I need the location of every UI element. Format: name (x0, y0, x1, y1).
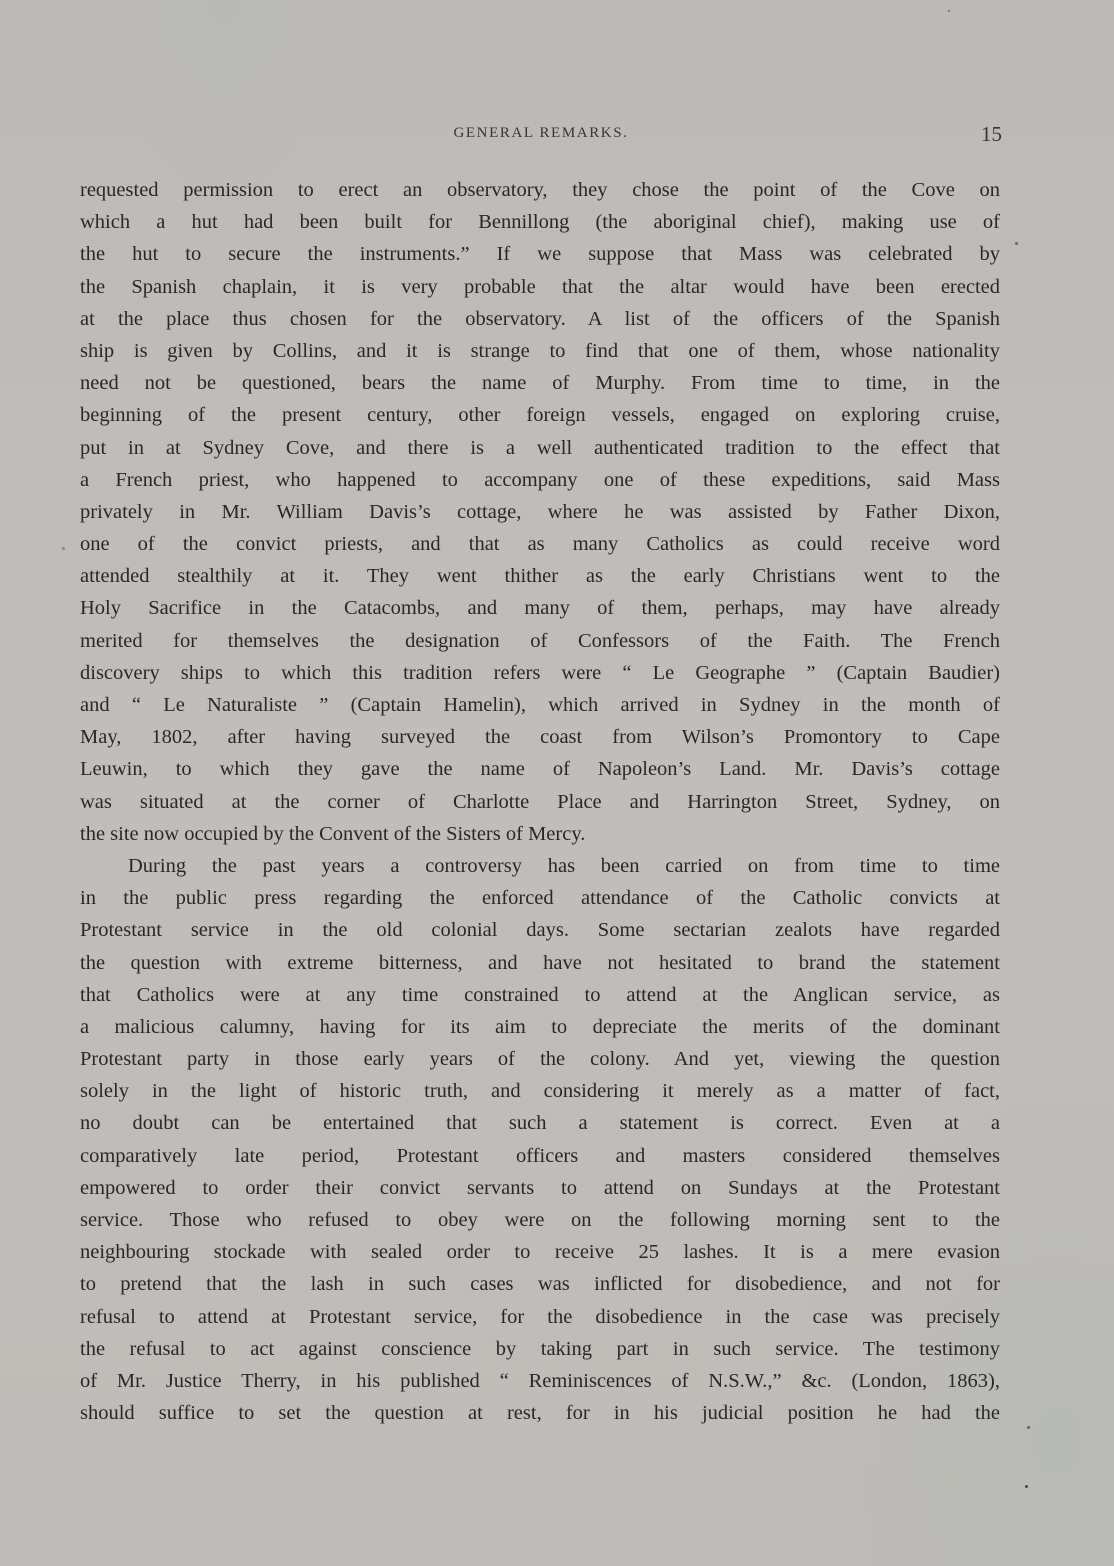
text-line: refusal to attend at Protestant service,… (80, 1301, 1000, 1333)
text-line: requested permission to erect an observa… (80, 174, 1000, 206)
text-line: solely in the light of historic truth, a… (80, 1075, 1000, 1107)
paper-speck (1025, 1485, 1028, 1488)
text-line: to pretend that the lash in such cases w… (80, 1268, 1000, 1300)
text-line: of Mr. Justice Therry, in his published … (80, 1365, 1000, 1397)
text-line: one of the convict priests, and that as … (80, 528, 1000, 560)
text-line: the question with extreme bitterness, an… (80, 947, 1000, 979)
text-line: May, 1802, after having surveyed the coa… (80, 721, 1000, 753)
text-line: Leuwin, to which they gave the name of N… (80, 753, 1000, 785)
text-line: the refusal to act against conscience by… (80, 1333, 1000, 1365)
paragraph-1: requested permission to erect an observa… (80, 174, 1000, 850)
paper-speck (1027, 1426, 1030, 1429)
paper-speck (62, 547, 65, 550)
text-line: the Spanish chaplain, it is very probabl… (80, 271, 1000, 303)
text-line: a malicious calumny, having for its aim … (80, 1011, 1000, 1043)
text-line: merited for themselves the designation o… (80, 625, 1000, 657)
text-line: put in at Sydney Cove, and there is a we… (80, 432, 1000, 464)
text-line: service. Those who refused to obey were … (80, 1204, 1000, 1236)
text-line: beginning of the present century, other … (80, 399, 1000, 431)
paragraph-2: During the past years a controversy has … (80, 850, 1000, 1429)
text-line: a French priest, who happened to accompa… (80, 464, 1000, 496)
text-line: the hut to secure the instruments.” If w… (80, 238, 1000, 270)
text-line: ship is given by Collins, and it is stra… (80, 335, 1000, 367)
book-page: GENERAL REMARKS. 15 requested permission… (0, 0, 1114, 1566)
text-line: Protestant party in those early years of… (80, 1043, 1000, 1075)
text-line: the site now occupied by the Convent of … (80, 818, 1000, 850)
text-line: and “ Le Naturaliste ” (Captain Hamelin)… (80, 689, 1000, 721)
text-line: attended stealthily at it. They went thi… (80, 560, 1000, 592)
text-line: discovery ships to which this tradition … (80, 657, 1000, 689)
body-text: requested permission to erect an observa… (80, 174, 1000, 1429)
text-line: no doubt can be entertained that such a … (80, 1107, 1000, 1139)
text-line: was situated at the corner of Charlotte … (80, 786, 1000, 818)
text-line: Protestant service in the old colonial d… (80, 914, 1000, 946)
text-line: need not be questioned, bears the name o… (80, 367, 1000, 399)
running-title: GENERAL REMARKS. (80, 125, 1002, 142)
text-line: neighbouring stockade with sealed order … (80, 1236, 1000, 1268)
text-line: During the past years a controversy has … (80, 850, 1000, 882)
text-line: that Catholics were at any time constrai… (80, 979, 1000, 1011)
paper-speck (948, 10, 950, 12)
text-line: Holy Sacrifice in the Catacombs, and man… (80, 592, 1000, 624)
page-number: 15 (981, 122, 1002, 147)
paper-speck (1015, 242, 1018, 245)
running-head: GENERAL REMARKS. 15 (80, 122, 1002, 146)
text-line: in the public press regarding the enforc… (80, 882, 1000, 914)
text-line: empowered to order their convict servant… (80, 1172, 1000, 1204)
text-line: privately in Mr. William Davis’s cottage… (80, 496, 1000, 528)
text-line: which a hut had been built for Bennillon… (80, 206, 1000, 238)
text-line: comparatively late period, Protestant of… (80, 1140, 1000, 1172)
text-line: at the place thus chosen for the observa… (80, 303, 1000, 335)
text-line: should suffice to set the question at re… (80, 1397, 1000, 1429)
